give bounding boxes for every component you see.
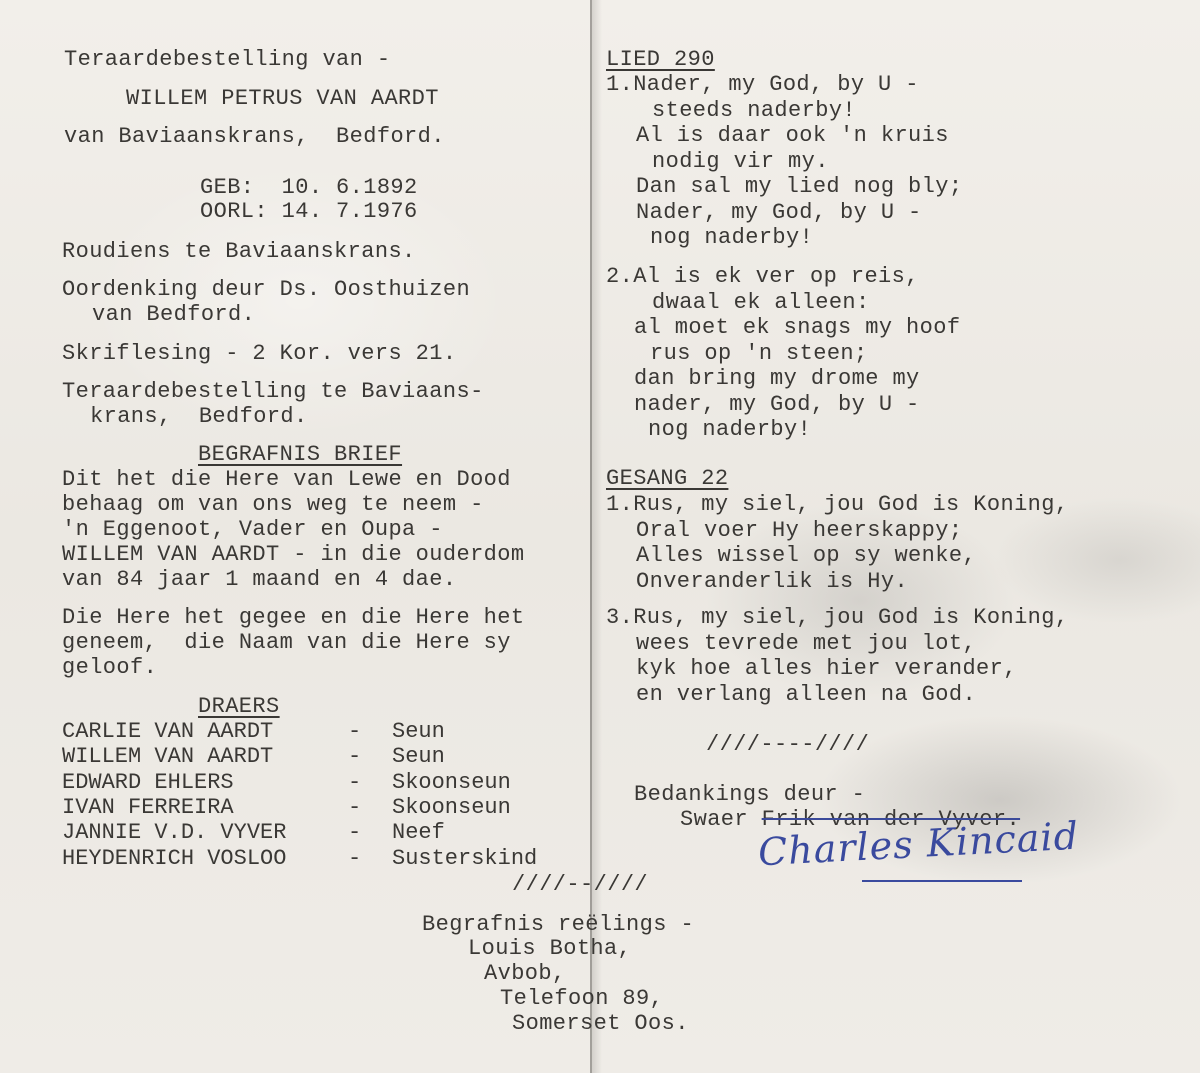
deceased-name: WILLEM PETRUS VAN AARDT (126, 87, 439, 111)
bearer-relation: Seun (392, 745, 445, 769)
hymn-line: Dan sal my lied nog bly; (636, 175, 962, 199)
hymn2-title: GESANG 22 (606, 467, 728, 491)
hymn-line: 1.Nader, my God, by U - (606, 73, 919, 97)
bearers-title: DRAERS (198, 695, 280, 719)
letter-line: Dit het die Here van Lewe en Dood (62, 468, 511, 492)
scripture-reading: Skriflesing - 2 Kor. vers 21. (62, 342, 456, 366)
bearer-relation: Skoonseun (392, 796, 511, 820)
hymn-line: wees tevrede met jou lot, (636, 632, 976, 656)
residence: van Baviaanskrans, Bedford. (64, 125, 445, 149)
bearer-name: CARLIE VAN AARDT (62, 720, 273, 744)
hymn-line: kyk hoe alles hier verander, (636, 657, 1017, 681)
bearer-dash: - (348, 771, 361, 795)
hymn-line: dwaal ek alleen: (652, 291, 870, 315)
hymn-line: nader, my God, by U - (634, 393, 920, 417)
bearer-name: IVAN FERREIRA (62, 796, 234, 820)
footer-divider: ////--//// (512, 873, 648, 897)
hymn-line: Oral voer Hy heerskappy; (636, 519, 962, 543)
hymn1-title: LIED 290 (606, 48, 715, 72)
thanks-prefix: Swaer (680, 807, 762, 832)
letter-line: WILLEM VAN AARDT - in die ouderdom (62, 543, 524, 567)
sermon-line-1: Oordenking deur Ds. Oosthuizen (62, 278, 470, 302)
hymn-line: 2.Al is ek ver op reis, (606, 265, 919, 289)
letter-title: BEGRAFNIS BRIEF (198, 443, 402, 467)
hymn-line: Nader, my God, by U - (636, 201, 922, 225)
bearer-name: EDWARD EHLERS (62, 771, 234, 795)
bearer-dash: - (348, 847, 361, 871)
verse-line: geloof. (62, 656, 157, 680)
hymn-line: Alles wissel op sy wenke, (636, 544, 976, 568)
bearer-dash: - (348, 821, 361, 845)
hymn-line: 1.Rus, my siel, jou God is Koning, (606, 493, 1068, 517)
hymn-line: Al is daar ook 'n kruis (636, 124, 949, 148)
hymn-line: en verlang alleen na God. (636, 683, 976, 707)
bearer-relation: Skoonseun (392, 771, 511, 795)
arrangements-line: Avbob, (484, 962, 566, 986)
arrangements-line: Somerset Oos. (512, 1012, 689, 1036)
bearer-relation: Seun (392, 720, 445, 744)
hymn-line: steeds naderby! (652, 99, 856, 123)
heading: Teraardebestelling van - (64, 48, 390, 72)
right-divider: ////----//// (706, 733, 869, 757)
bearer-dash: - (348, 796, 361, 820)
hymn-line: Onveranderlik is Hy. (636, 570, 908, 594)
bearer-name: HEYDENRICH VOSLOO (62, 847, 286, 871)
signature-underline (862, 880, 1022, 882)
letter-line: van 84 jaar 1 maand en 4 dae. (62, 568, 456, 592)
hymn-line: 3.Rus, my siel, jou God is Koning, (606, 606, 1068, 630)
bearer-dash: - (348, 720, 361, 744)
hymn-line: nog naderby! (650, 226, 813, 250)
bearer-dash: - (348, 745, 361, 769)
death-date: OORL: 14. 7.1976 (200, 200, 418, 224)
verse-line: geneem, die Naam van die Here sy (62, 631, 511, 655)
bearer-relation: Susterskind (392, 847, 537, 871)
birth-date: GEB: 10. 6.1892 (200, 176, 418, 200)
bearer-name: WILLEM VAN AARDT (62, 745, 273, 769)
thanks-title: Bedankings deur - (634, 783, 865, 807)
letter-line: 'n Eggenoot, Vader en Oupa - (62, 518, 443, 542)
sermon-line-2: van Bedford. (92, 303, 255, 327)
bearer-relation: Neef (392, 821, 445, 845)
bearer-name: JANNIE V.D. VYVER (62, 821, 286, 845)
service-location: Roudiens te Baviaanskrans. (62, 240, 416, 264)
burial-line-2: krans, Bedford. (90, 405, 308, 429)
hymn-line: al moet ek snags my hoof (634, 316, 960, 340)
arrangements-line: Telefoon 89, (500, 987, 663, 1011)
hymn-line: nodig vir my. (652, 150, 829, 174)
burial-line-1: Teraardebestelling te Baviaans- (62, 380, 484, 404)
verse-line: Die Here het gegee en die Here het (62, 606, 524, 630)
hymn-line: dan bring my drome my (634, 367, 920, 391)
arrangements-title: Begrafnis reëlings - (422, 913, 694, 937)
hymn-line: nog naderby! (648, 418, 811, 442)
letter-line: behaag om van ons weg te neem - (62, 493, 484, 517)
hymn-line: rus op 'n steen; (650, 342, 868, 366)
arrangements-line: Louis Botha, (468, 937, 631, 961)
